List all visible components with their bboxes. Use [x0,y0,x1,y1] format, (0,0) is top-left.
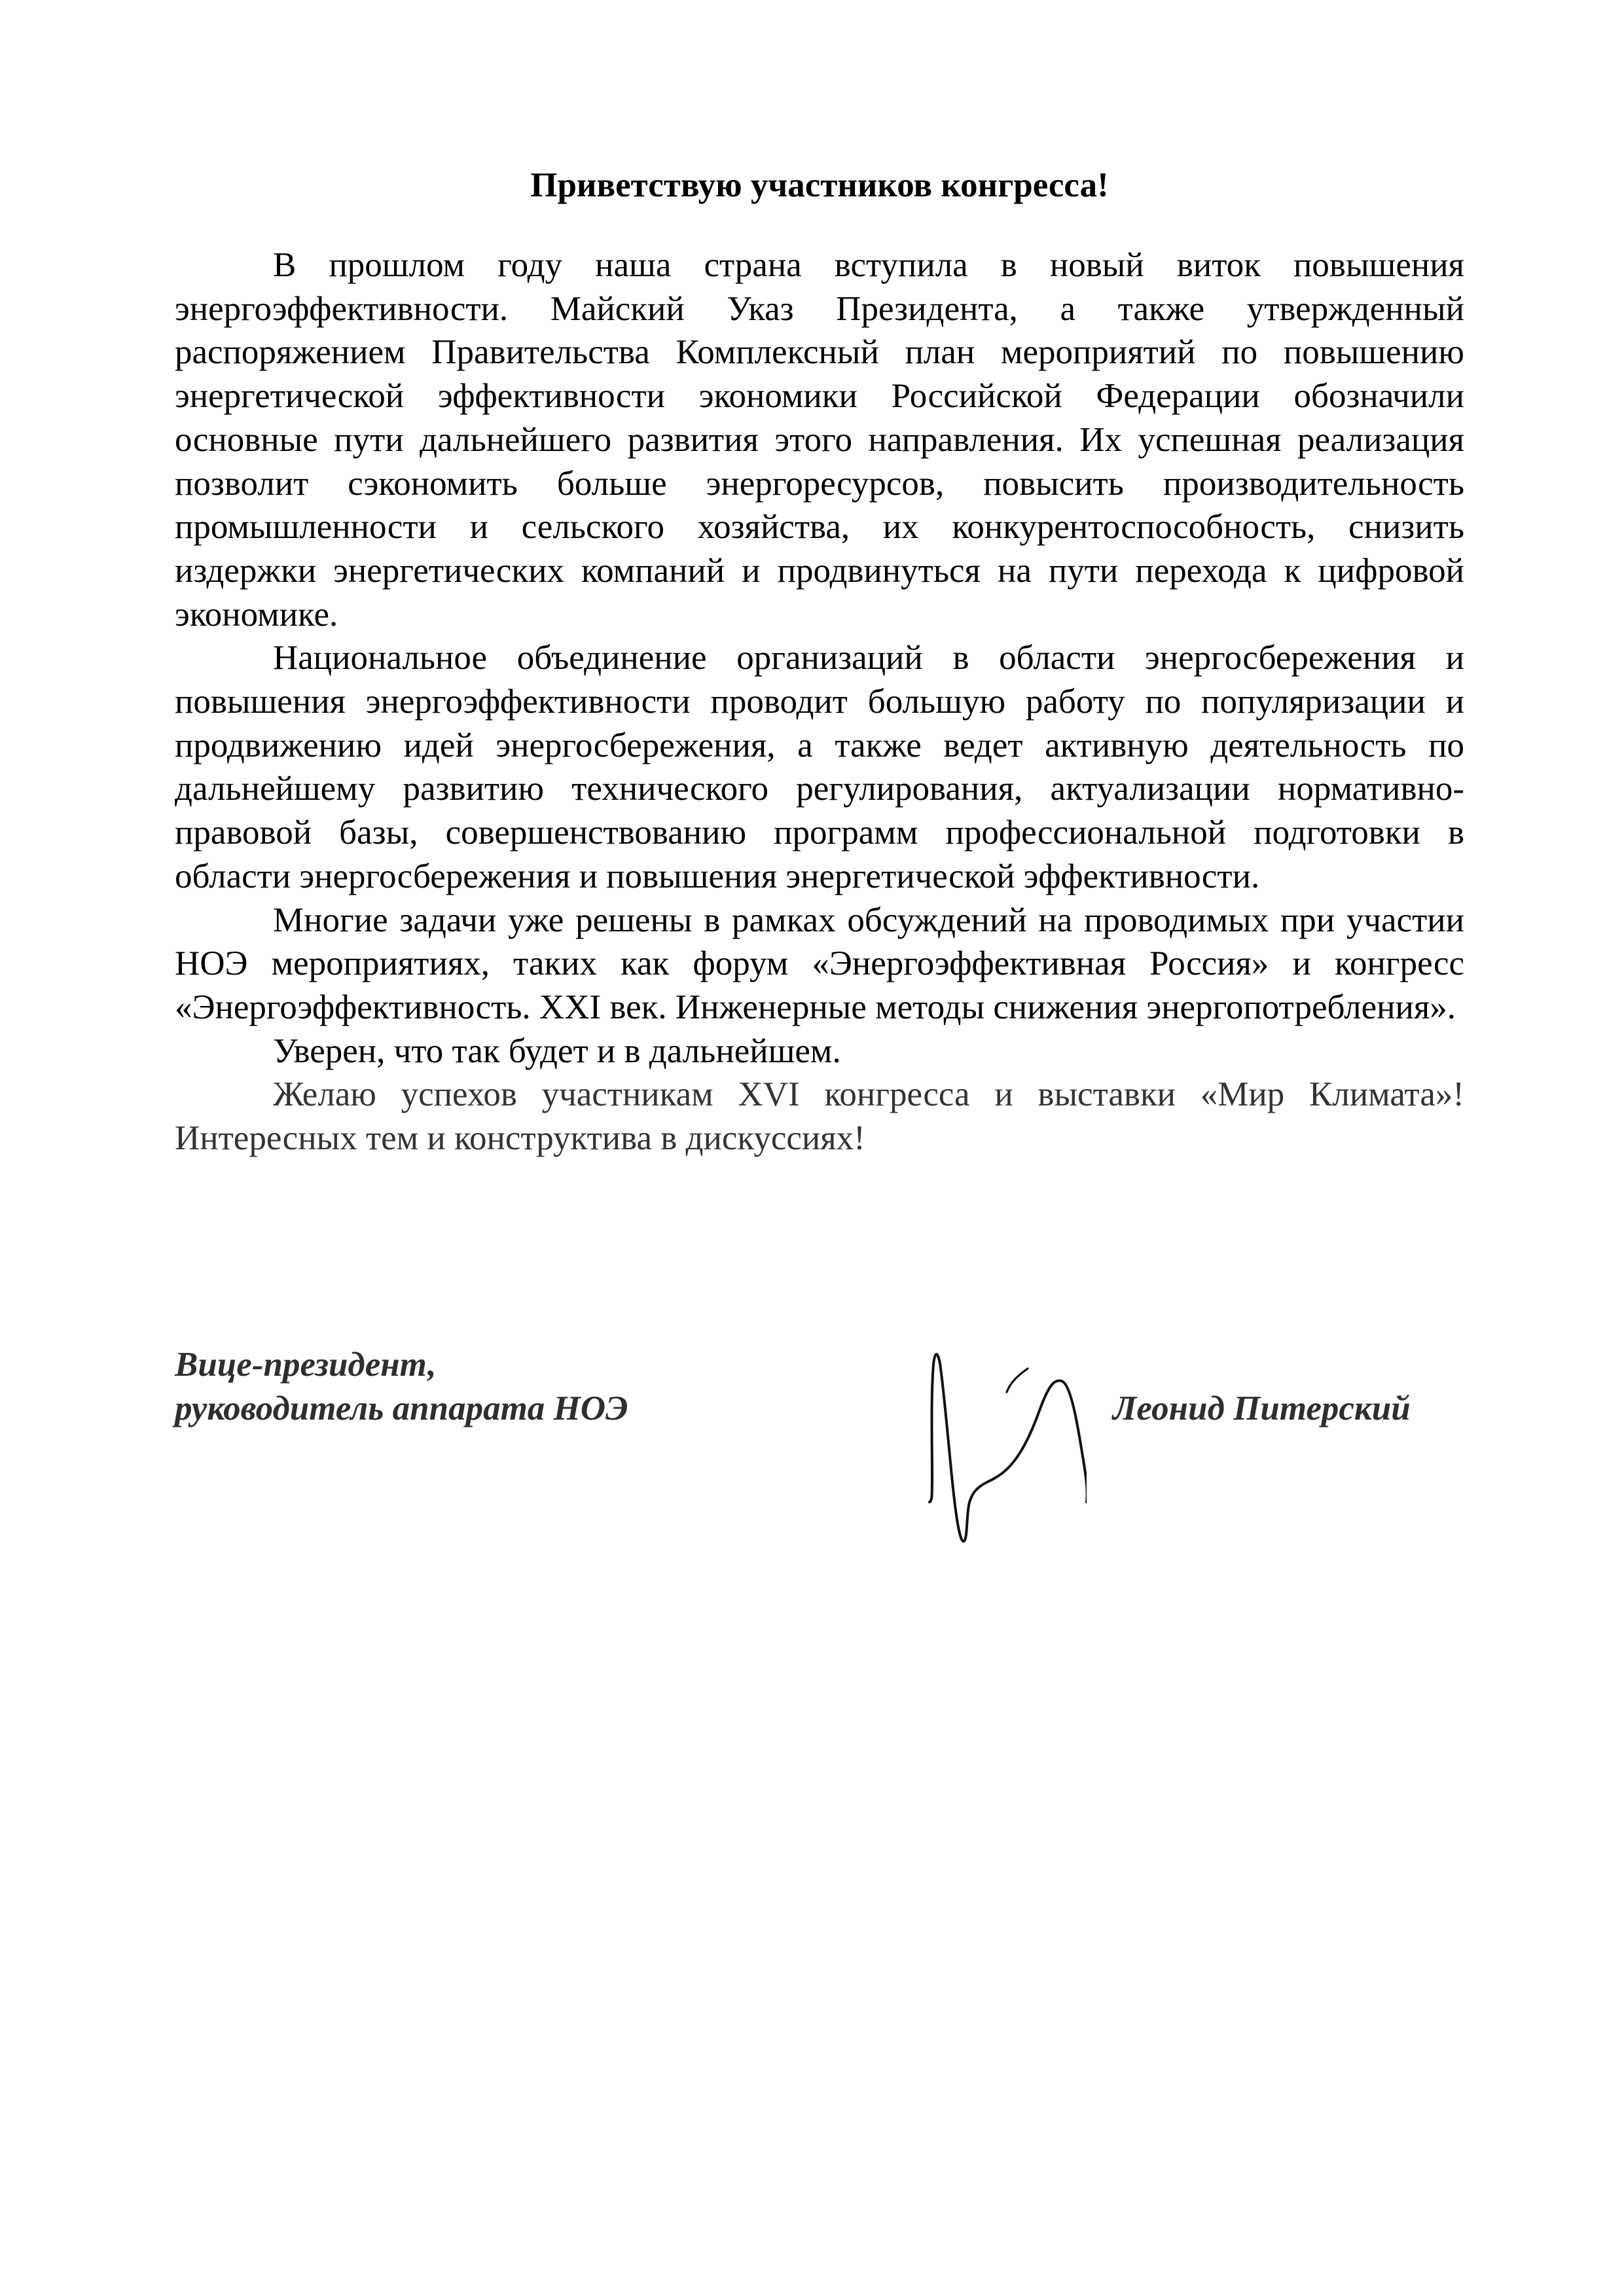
paragraph-4: Уверен, что так будет и в дальнейшем. [175,1030,1464,1073]
paragraph-2: Национальное объединение организаций в о… [175,636,1464,898]
handwritten-signature-icon [923,1345,1087,1548]
position-line-1: Вице-президент, [175,1343,628,1387]
page-title: Приветствую участников конгресса! [175,164,1464,207]
signer-position: Вице-президент, руководитель аппарата НО… [175,1343,628,1430]
position-line-2: руководитель аппарата НОЭ [175,1387,628,1431]
paragraph-1: В прошлом году наша страна вступила в но… [175,243,1464,636]
paragraph-5-closing: Желаю успехов участникам XVI конгресса и… [175,1073,1464,1160]
letter-body: В прошлом году наша страна вступила в но… [175,243,1464,1160]
signer-name: Леонид Питерский [1113,1387,1411,1431]
paragraph-3: Многие задачи уже решены в рамках обсужд… [175,899,1464,1030]
document-page: Приветствую участников конгресса! В прош… [0,0,1624,2296]
